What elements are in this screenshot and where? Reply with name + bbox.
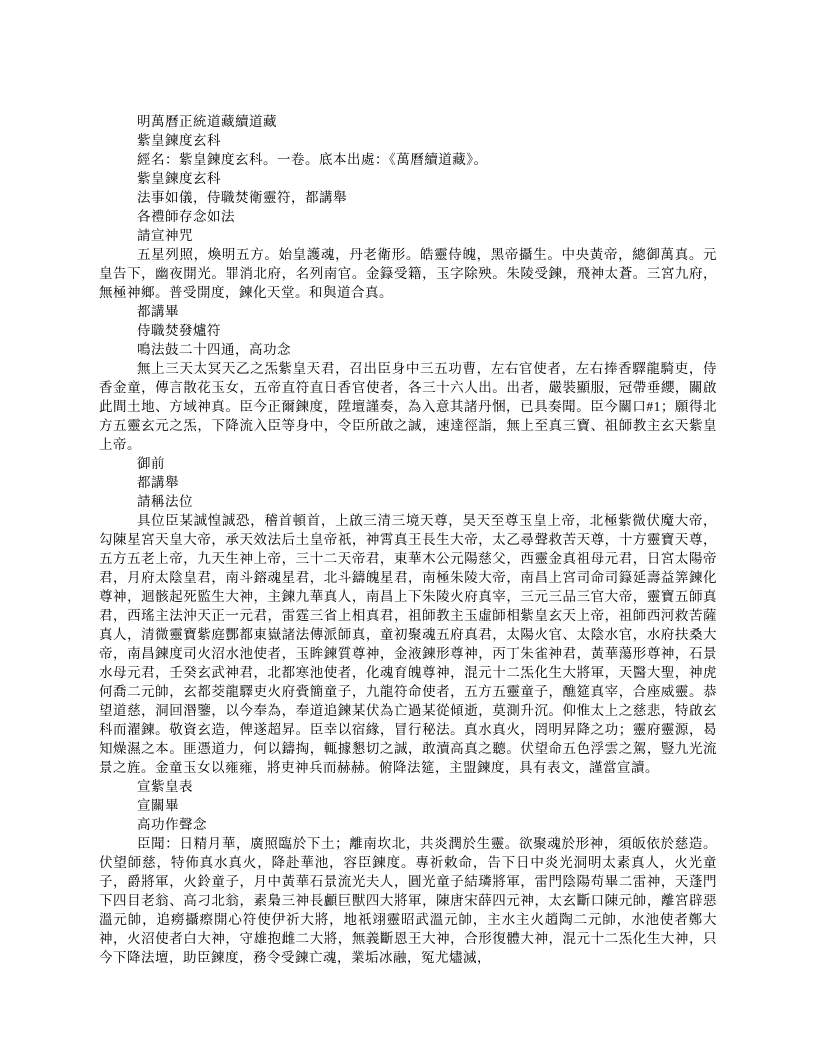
paragraph: 無上三天太冥天乙之炁紫皇天君，召出臣身中三五功曹，左右官使者，左右捧香驛龍騎吏，…	[99, 359, 717, 454]
paragraph: 都講畢	[99, 302, 717, 321]
paragraph: 請宣神咒	[99, 226, 717, 245]
paragraph: 宣紫皇表	[99, 777, 717, 796]
paragraph: 明萬曆正統道藏續道藏	[99, 112, 717, 131]
paragraph: 侍職焚發爐符	[99, 321, 717, 340]
paragraph: 高功作聲念	[99, 815, 717, 834]
paragraph: 各禮師存念如法	[99, 207, 717, 226]
paragraph: 鳴法鼓二十四通，高功念	[99, 340, 717, 359]
document-text: 明萬曆正統道藏續道藏紫皇鍊度玄科經名：紫皇鍊度玄科。一卷。底本出處：《萬曆續道藏…	[99, 112, 717, 967]
paragraph: 請稱法位	[99, 492, 717, 511]
paragraph: 紫皇鍊度玄科	[99, 169, 717, 188]
paragraph: 法事如儀，侍職焚衛靈符，都講舉	[99, 188, 717, 207]
paragraph: 五星列照，煥明五方。始皇護魂，丹老衛形。皓靈侍魄，黑帝攝生。中央黃帝，總御萬真。…	[99, 245, 717, 302]
document-page: 明萬曆正統道藏續道藏紫皇鍊度玄科經名：紫皇鍊度玄科。一卷。底本出處：《萬曆續道藏…	[0, 0, 816, 1056]
paragraph: 具位臣某誠惶誠恐，稽首頓首，上啟三清三境天尊，昊天至尊玉皇上帝，北極紫微伏魔大帝…	[99, 511, 717, 777]
paragraph: 御前	[99, 454, 717, 473]
paragraph: 宣關畢	[99, 796, 717, 815]
paragraph: 紫皇鍊度玄科	[99, 131, 717, 150]
paragraph: 臣聞：日精月華，廣照臨於下土；離南坎北，共炎潤於生靈。欲聚魂於形神，須皈依於慈造…	[99, 834, 717, 967]
paragraph: 經名：紫皇鍊度玄科。一卷。底本出處：《萬曆續道藏》。	[99, 150, 717, 169]
paragraph: 都講舉	[99, 473, 717, 492]
